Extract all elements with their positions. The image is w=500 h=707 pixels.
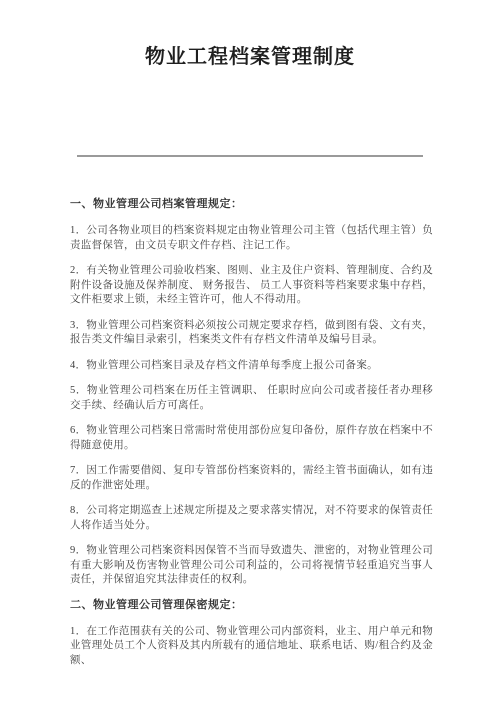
section-1-paragraph-1: 1．公司各物业项目的档案资料规定由物业管理公司主管（包括代理主管）负责监督保管，… <box>70 224 433 253</box>
document-page: 物业工程档案管理制度 一、物业管理公司档案管理规定： 1．公司各物业项目的档案资… <box>0 0 500 707</box>
section-1-paragraph-5: 5．物业管理公司档案在历任主管调职、 任职时应向公司或者接任者办理移交手续、经确… <box>70 384 433 413</box>
section-1-paragraph-8: 8．公司将定期巡查上述规定所提及之要求落实情况，对不符要求的保管责任人将作适当处… <box>70 504 433 533</box>
horizontal-rule <box>77 155 423 157</box>
document-body: 一、物业管理公司档案管理规定： 1．公司各物业项目的档案资料规定由物业管理公司主… <box>70 198 433 668</box>
section-2-paragraph-1: 1．在工作范围获有关的公司、物业管理公司内部资料，业主、用户单元和物业管理处员工… <box>70 625 433 669</box>
section-1-paragraph-7: 7．因工作需要借阅、复印专管部份档案资料的，需经主管书面确认，如有违反的作泄密处… <box>70 464 433 493</box>
section-1-paragraph-3: 3．物业管理公司档案资料必须按公司规定要求存档，做到图有袋、文有夹，报告类文件编… <box>70 319 433 348</box>
section-1-paragraph-9: 9．物业管理公司档案资料因保管不当而导致遗失、泄密的，对物业管理公司有重大影响及… <box>70 544 433 588</box>
section-2-heading: 二、物业管理公司管理保密规定： <box>70 599 433 611</box>
section-1-paragraph-2: 2．有关物业管理公司验收档案、图则、业主及住户资料、管理制度、合约及附件设备设施… <box>70 264 433 308</box>
section-1-heading: 一、物业管理公司档案管理规定： <box>70 198 433 210</box>
section-1-paragraph-6: 6．物业管理公司档案日常需时常使用部份应复印备份，原件存放在档案中不得随意使用。 <box>70 424 433 453</box>
section-1-paragraph-4: 4．物业管理公司档案目录及存档文件清单每季度上报公司备案。 <box>70 359 433 374</box>
document-title: 物业工程档案管理制度 <box>0 0 500 69</box>
